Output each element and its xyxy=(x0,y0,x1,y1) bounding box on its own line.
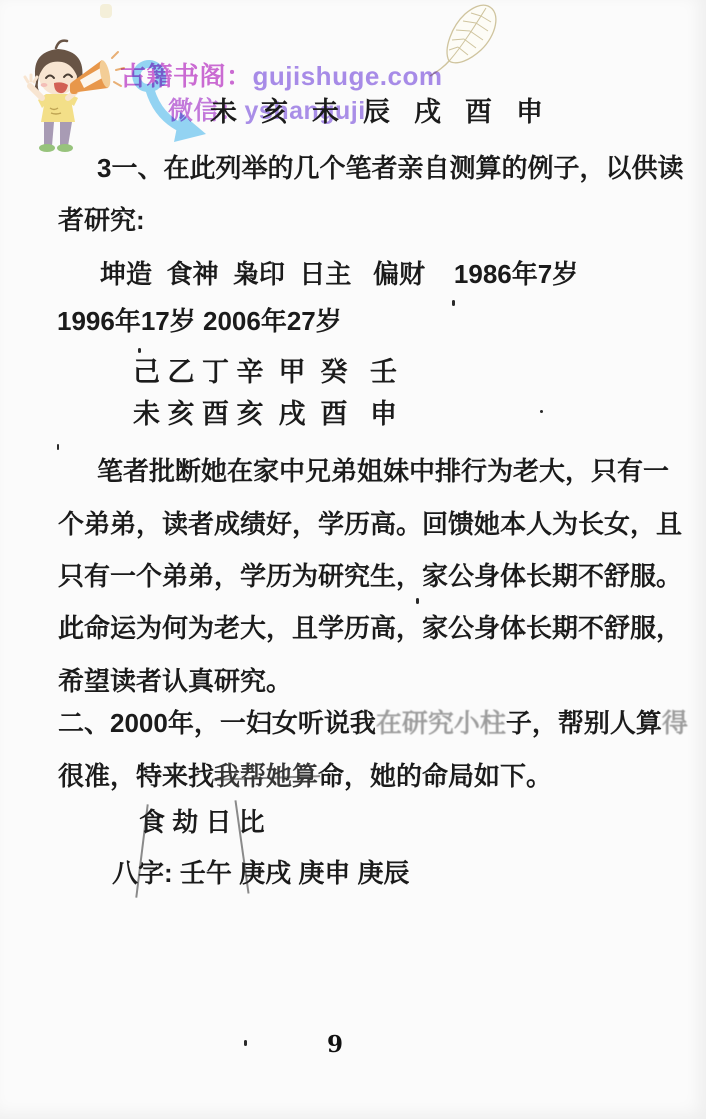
para3-line2: 很准，特来找我帮她算命，她的命局如下。 xyxy=(58,761,552,792)
scan-speck xyxy=(452,300,455,306)
luck-ages-line: 1996年17岁 2006年27岁 xyxy=(57,306,342,337)
document-lines: 未亥未辰戌酉申3一、在此列举的几个笔者亲自测算的例子，以供读者研究:坤造 食神 … xyxy=(0,0,706,1119)
scan-speck xyxy=(138,348,141,353)
scan-speck xyxy=(57,444,59,450)
branches-top-row: 未亥未辰戌酉申 xyxy=(210,96,567,128)
para1-line1: 3一、在此列举的几个笔者亲自测算的例子，以供读 xyxy=(97,153,683,184)
para2-line1: 笔者批断她在家中兄弟姐妹中排行为老大，只有一 xyxy=(97,456,669,487)
scan-speck xyxy=(416,598,419,604)
para2-line3: 只有一个弟弟，学历为研究生，家公身体长期不舒服。 xyxy=(58,561,682,592)
branches-row: 未 亥 酉 亥 戌 酉 申 xyxy=(133,398,397,430)
bazi-row: 八字: 壬午 庚戌 庚申 庚辰 xyxy=(112,858,410,889)
scan-speck xyxy=(244,1040,247,1046)
scan-speck xyxy=(540,410,543,413)
scan-smear xyxy=(100,4,112,18)
page-number: 9 xyxy=(327,1031,343,1058)
pillars-header-row: 坤造 食神 枭印 日主 偏财 1986年7岁 xyxy=(100,259,578,290)
para3-line1: 二、2000年，一妇女听说我在研究小柱子，帮别人算得 xyxy=(58,708,688,739)
para2-line2: 个弟弟，读者成绩好，学历高。回馈她本人为长女，且 xyxy=(58,509,682,540)
para1-line2: 者研究: xyxy=(58,205,145,236)
scanned-book-page: 古籍书阁：gujishuge.com 微信：yshanguji 未亥未辰戌酉申3… xyxy=(0,0,706,1119)
para2-line4: 此命运为何为老大，且学历高，家公身体长期不舒服， xyxy=(58,613,682,644)
ten-gods-row: 食 劫 日 比 xyxy=(139,807,265,838)
para2-line5: 希望读者认真研究。 xyxy=(58,666,292,697)
stems-row: 己 乙 丁 辛 甲 癸 壬 xyxy=(133,356,397,388)
